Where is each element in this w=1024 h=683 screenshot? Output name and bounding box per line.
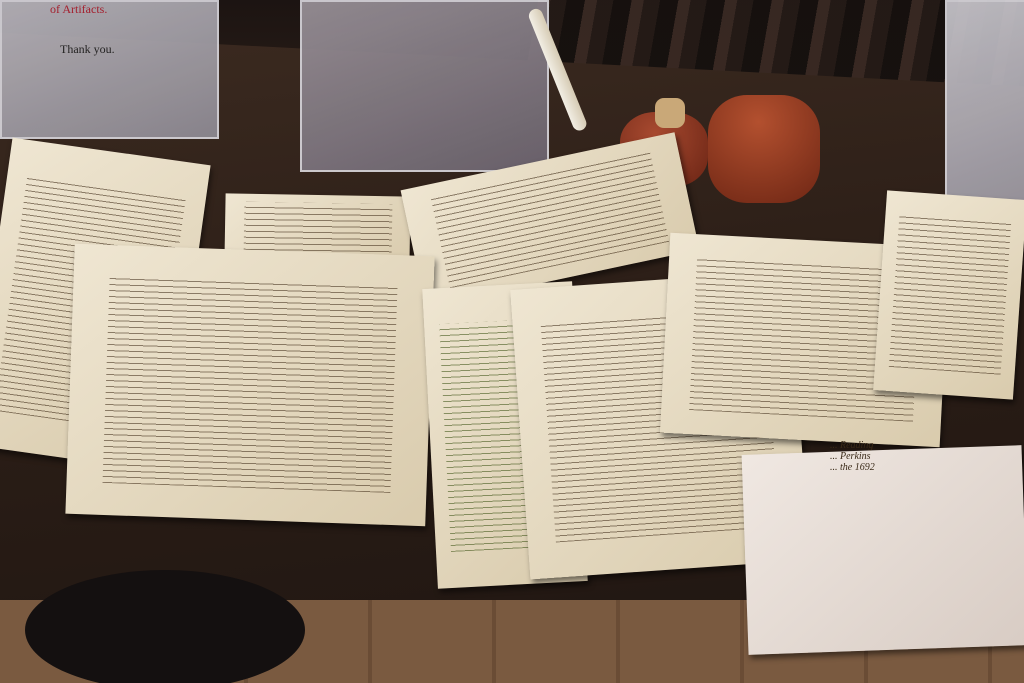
photo-scene: of Artifacts. Thank you. ... Reading ...… [0,0,1024,683]
acrylic-sign-center [300,0,549,172]
acrylic-sign-right [945,0,1024,214]
manuscript-far-right [873,190,1024,399]
sign-thank-you-text: Thank you. [60,42,115,57]
acrylic-sign-left: of Artifacts. Thank you. [0,0,219,139]
manuscript-main-left [65,244,434,526]
manuscript-bottom-right [742,445,1024,655]
document-annotation: ... Reading ... Perkins ... the 1692 [830,440,875,473]
sign-red-text: of Artifacts. [50,2,107,17]
stool-seat [25,570,305,683]
inkwell-cork [655,98,685,128]
red-pounce-pot [708,95,820,203]
